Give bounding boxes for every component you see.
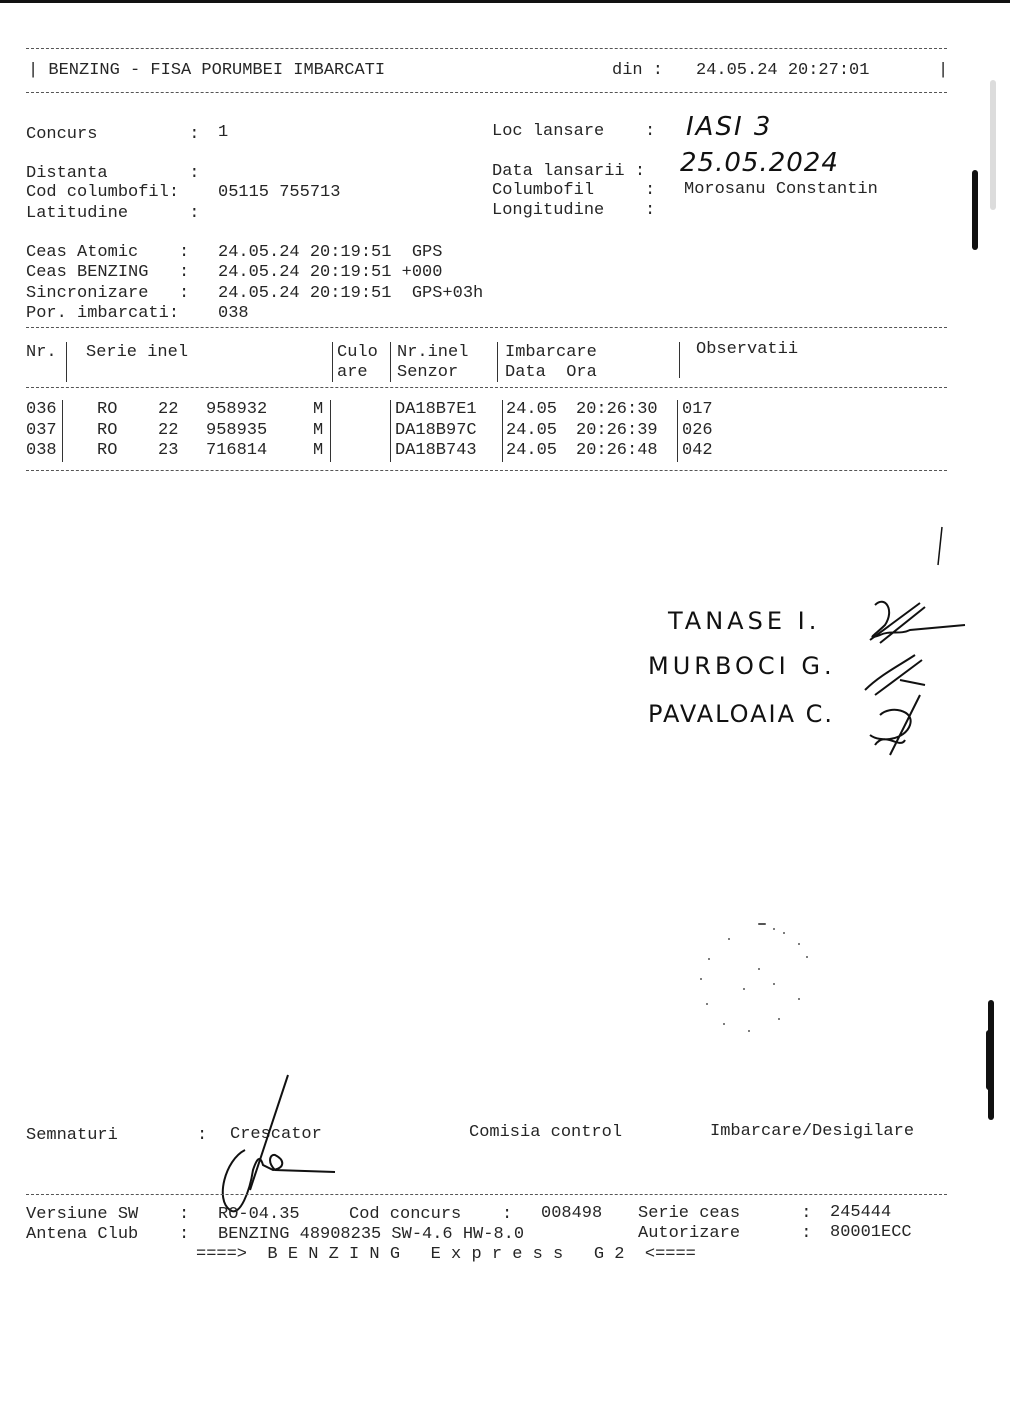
cell-an: 22 bbox=[158, 400, 178, 420]
column-separator bbox=[332, 342, 333, 382]
table-header-divider bbox=[26, 387, 947, 388]
column-separator bbox=[62, 400, 63, 462]
scan-top-edge bbox=[0, 0, 1010, 3]
cell-observatii: 042 bbox=[682, 441, 713, 461]
cell-data: 24.05 bbox=[506, 421, 557, 441]
loc-lansare-handwritten: IASI 3 bbox=[686, 112, 772, 142]
divider bbox=[26, 92, 947, 93]
distanta-label: Distanta : bbox=[26, 164, 199, 184]
serie-ceas-value: 245444 bbox=[830, 1203, 891, 1223]
antena-club-label: Antena Club : bbox=[26, 1225, 189, 1245]
semnaturi-colon: : bbox=[197, 1126, 207, 1146]
column-separator bbox=[390, 342, 391, 382]
cell-tara: RO bbox=[97, 441, 117, 461]
col-header-imbarcare-2: Data Ora bbox=[505, 363, 597, 383]
concurs-value: 1 bbox=[218, 123, 228, 143]
antena-club-value: BENZING 48908235 SW-4.6 HW-8.0 bbox=[218, 1225, 524, 1245]
cell-nr: 036 bbox=[26, 400, 57, 420]
cell-numar: 958932 bbox=[206, 400, 267, 420]
column-separator bbox=[330, 400, 331, 462]
commission-signatures-icon bbox=[860, 595, 970, 760]
ceas-benzing-label: Ceas BENZING : bbox=[26, 263, 189, 283]
col-header-culoare-1: Culo bbox=[337, 343, 378, 363]
column-separator bbox=[502, 400, 503, 462]
column-separator bbox=[677, 400, 678, 462]
commission-member-3: PAVALOAIA C. bbox=[648, 700, 834, 728]
header-right-bar: | bbox=[938, 61, 948, 81]
scan-edge-mark bbox=[990, 80, 996, 210]
data-lansarii-handwritten: 25.05.2024 bbox=[680, 148, 839, 178]
din-label: din : bbox=[612, 61, 663, 81]
scan-edge-mark bbox=[986, 1030, 994, 1090]
autorizare-label: Autorizare : bbox=[638, 1224, 811, 1244]
divider bbox=[26, 48, 947, 49]
cell-sex: M bbox=[313, 421, 323, 441]
comisia-control-label: Comisia control bbox=[469, 1123, 622, 1143]
cell-senzor: DA18B97C bbox=[395, 421, 477, 441]
ceas-atomic-label: Ceas Atomic : bbox=[26, 243, 189, 263]
commission-member-1: TANASE I. bbox=[668, 607, 820, 635]
cod-concurs-label: Cod concurs : bbox=[349, 1205, 512, 1225]
cell-ora: 20:26:30 bbox=[576, 400, 658, 420]
column-separator bbox=[679, 342, 680, 378]
cell-data: 24.05 bbox=[506, 400, 557, 420]
serie-ceas-label: Serie ceas : bbox=[638, 1204, 811, 1224]
cell-numar: 958935 bbox=[206, 421, 267, 441]
data-lansarii-label: Data lansarii : bbox=[492, 162, 645, 182]
benzing-express-brand: ====> B E N Z I N G E x p r e s s G 2 <=… bbox=[196, 1245, 696, 1265]
print-datetime: 24.05.24 20:27:01 bbox=[696, 61, 869, 81]
divider bbox=[26, 1194, 947, 1195]
column-separator bbox=[390, 400, 391, 462]
cell-sex: M bbox=[313, 441, 323, 461]
col-header-nr: Nr. bbox=[26, 343, 57, 363]
loc-lansare-label: Loc lansare : bbox=[492, 122, 655, 142]
col-header-imbarcare-1: Imbarcare bbox=[505, 343, 597, 363]
concurs-label: Concurs : bbox=[26, 125, 199, 145]
porumbei-imbarcati-label: Por. imbarcati: bbox=[26, 304, 179, 324]
scan-edge-mark bbox=[972, 170, 978, 250]
sincronizare-value: 24.05.24 20:19:51 GPS+03h bbox=[218, 284, 483, 304]
cell-tara: RO bbox=[97, 400, 117, 420]
crescator-signature-icon bbox=[215, 1070, 345, 1220]
cell-observatii: 026 bbox=[682, 421, 713, 441]
longitudine-label: Longitudine : bbox=[492, 201, 655, 221]
columbofil-value: Morosanu Constantin bbox=[684, 180, 878, 200]
ceas-benzing-value: 24.05.24 20:19:51 +000 bbox=[218, 263, 442, 283]
cell-nr: 037 bbox=[26, 421, 57, 441]
table-top-divider bbox=[26, 327, 947, 328]
columbofil-label: Columbofil : bbox=[492, 181, 655, 201]
ceas-atomic-value: 24.05.24 20:19:51 GPS bbox=[218, 243, 442, 263]
sincronizare-label: Sincronizare : bbox=[26, 284, 189, 304]
cell-an: 22 bbox=[158, 421, 178, 441]
cell-ora: 20:26:39 bbox=[576, 421, 658, 441]
cod-concurs-value: 008498 bbox=[541, 1204, 602, 1224]
cell-sex: M bbox=[313, 400, 323, 420]
column-separator bbox=[66, 342, 67, 382]
col-header-observatii: Observatii bbox=[696, 340, 798, 360]
cod-columbofil-label: Cod columbofil: bbox=[26, 183, 179, 203]
cod-columbofil-value: 05115 755713 bbox=[218, 183, 340, 203]
porumbei-imbarcati-value: 038 bbox=[218, 304, 249, 324]
latitudine-label: Latitudine : bbox=[26, 204, 199, 224]
cell-an: 23 bbox=[158, 441, 178, 461]
cell-senzor: DA18B7E1 bbox=[395, 400, 477, 420]
cell-senzor: DA18B743 bbox=[395, 441, 477, 461]
imbarcare-desigilare-label: Imbarcare/Desigilare bbox=[710, 1122, 914, 1142]
column-separator bbox=[497, 342, 498, 382]
cell-observatii: 017 bbox=[682, 400, 713, 420]
autorizare-value: 80001ECC bbox=[830, 1223, 912, 1243]
table-bottom-divider bbox=[26, 470, 947, 471]
col-header-senzor-1: Nr.inel bbox=[397, 343, 468, 363]
faded-stamp-icon bbox=[688, 918, 818, 1038]
cell-nr: 038 bbox=[26, 441, 57, 461]
cell-ora: 20:26:48 bbox=[576, 441, 658, 461]
semnaturi-label: Semnaturi bbox=[26, 1126, 118, 1146]
commission-member-2: MURBOCI G. bbox=[648, 652, 836, 680]
document-title: | BENZING - FISA PORUMBEI IMBARCATI bbox=[28, 61, 385, 81]
cell-data: 24.05 bbox=[506, 441, 557, 461]
versiune-sw-label: Versiune SW : bbox=[26, 1205, 189, 1225]
pen-mark-icon bbox=[930, 525, 950, 570]
versiune-sw-value: RO-04.35 bbox=[218, 1205, 300, 1225]
cell-tara: RO bbox=[97, 421, 117, 441]
col-header-senzor-2: Senzor bbox=[397, 363, 458, 383]
cell-numar: 716814 bbox=[206, 441, 267, 461]
col-header-culoare-2: are bbox=[337, 363, 368, 383]
col-header-serie: Serie inel bbox=[86, 343, 188, 363]
